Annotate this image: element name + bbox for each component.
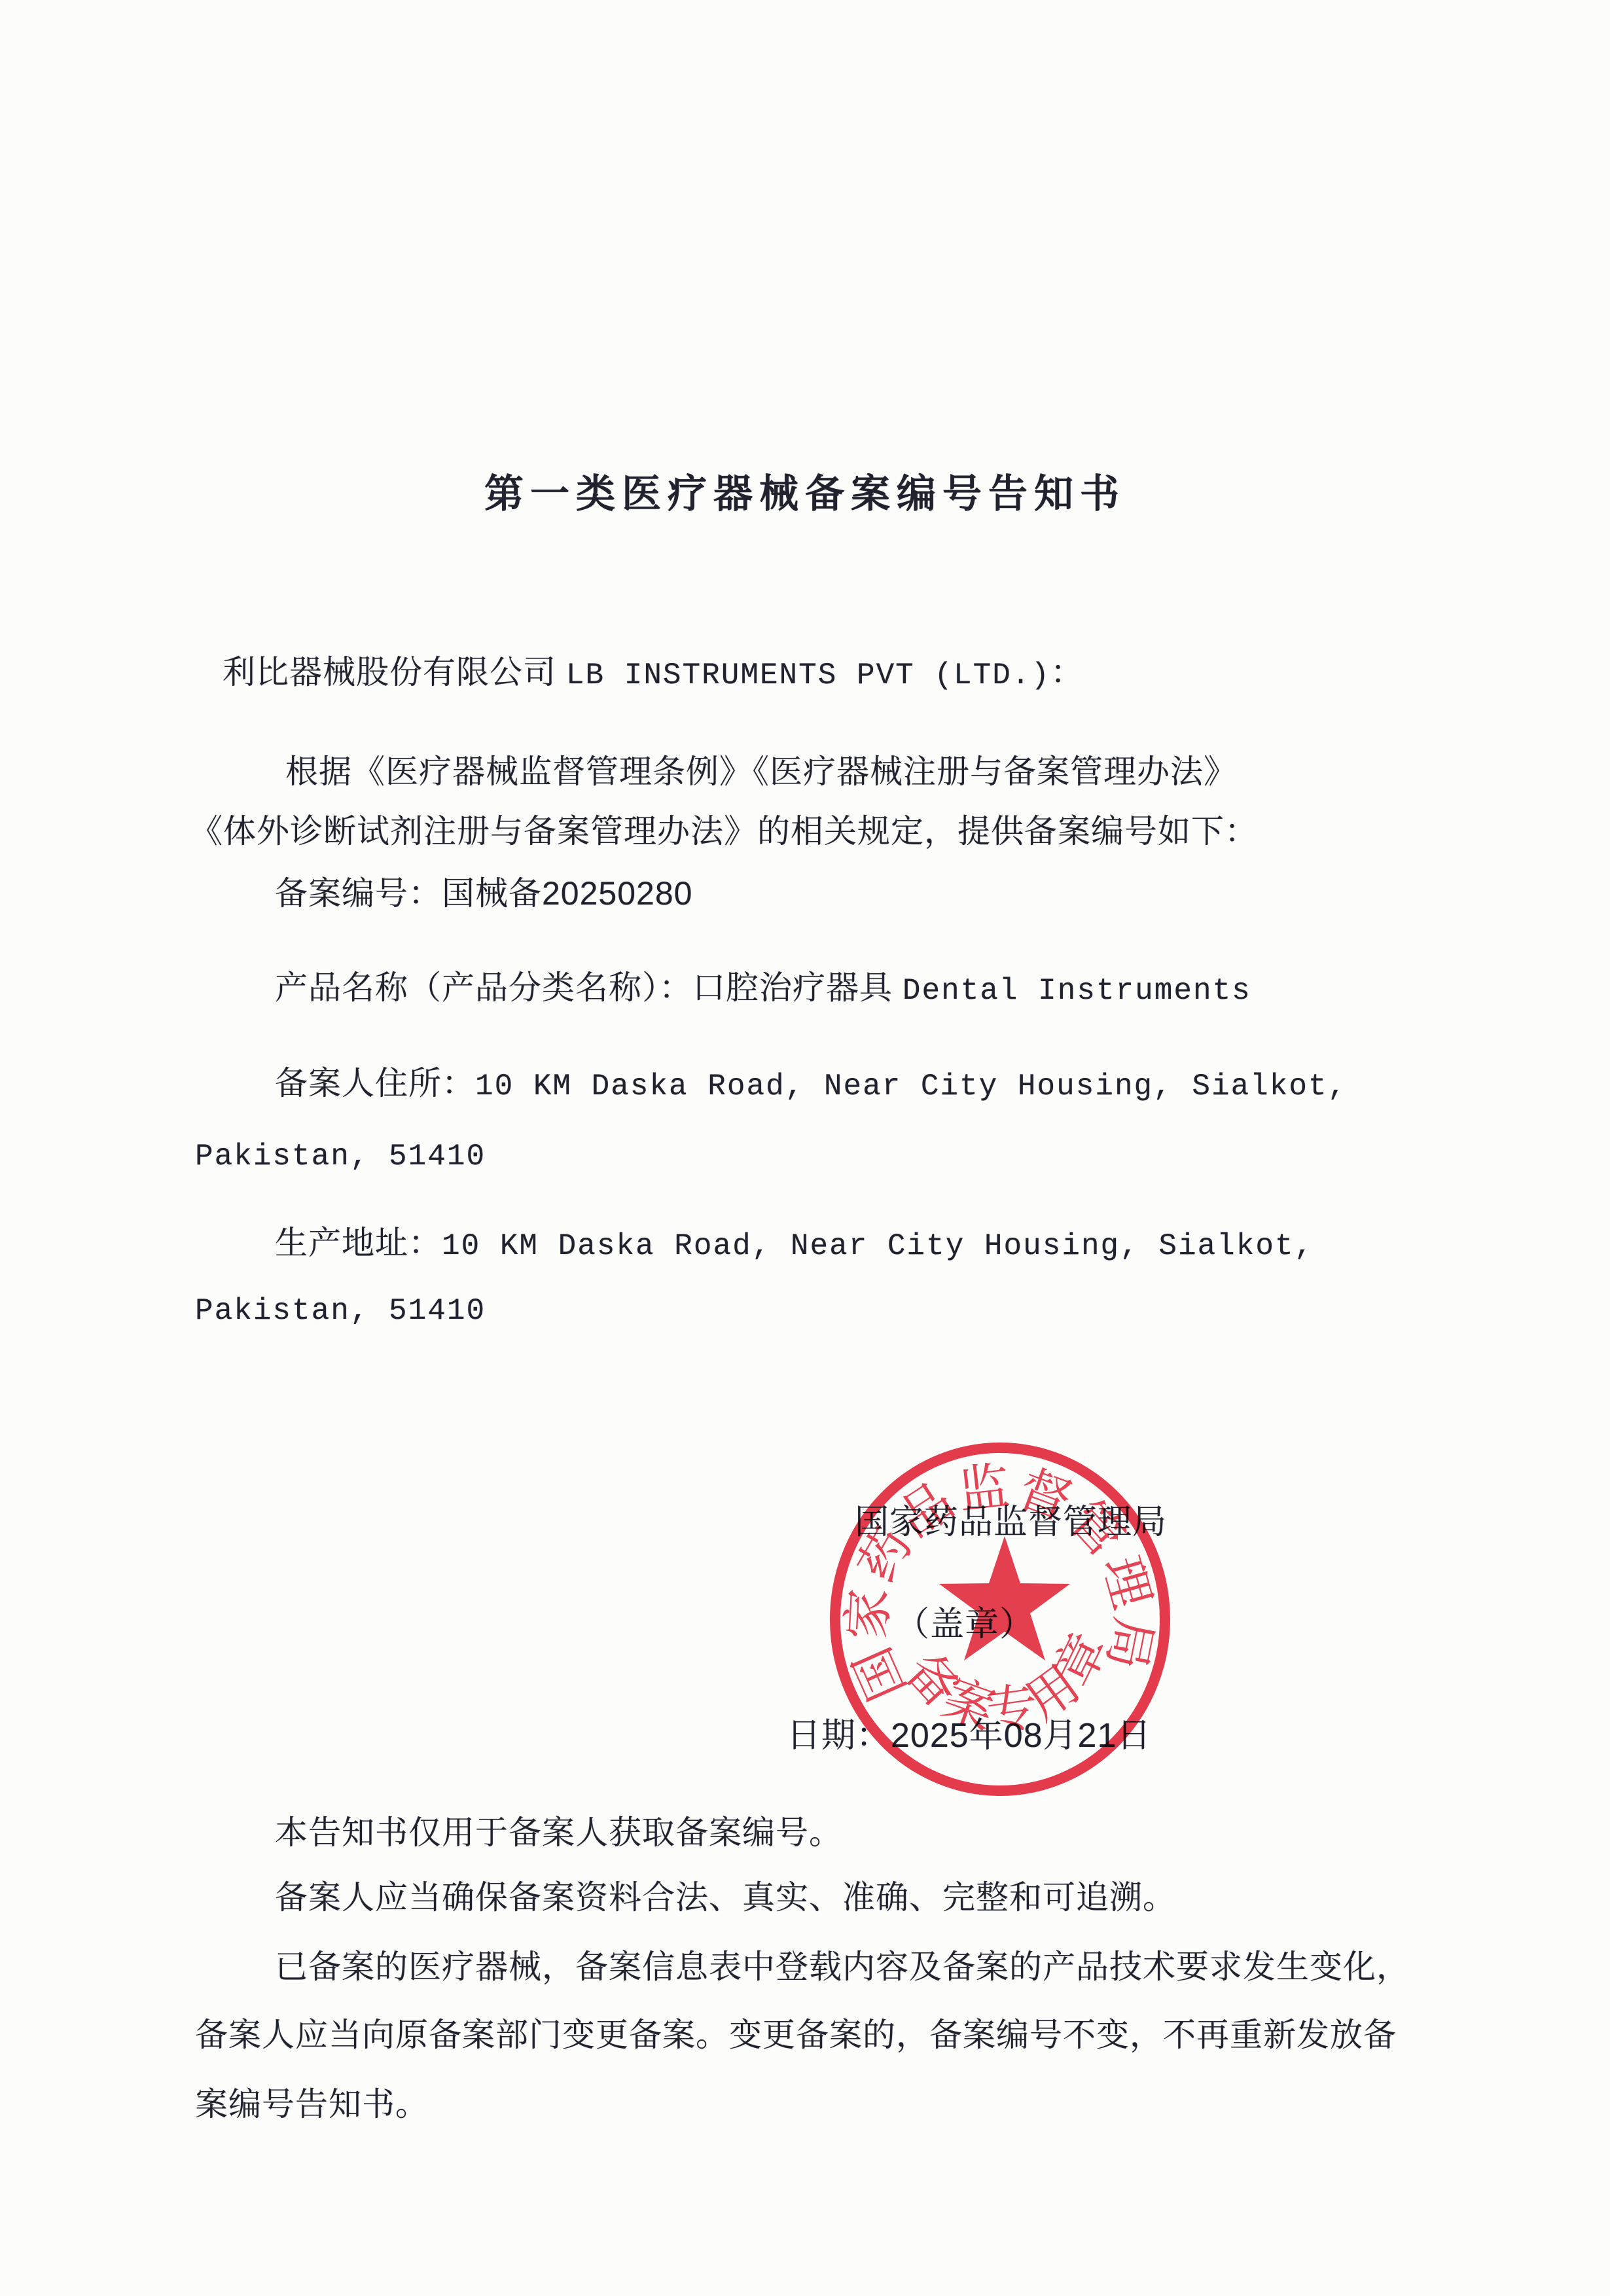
registrant-address-label: 备案人住所： [275,1065,475,1102]
seal-graphics: 国家药品监督管理局 备案专用章 [816,1437,1178,1791]
intro-line-1: 根据《医疗器械监督管理条例》《医疗器械注册与备案管理办法》 [285,754,1237,790]
production-address-label: 生产地址： [275,1225,442,1261]
product-name-line: 产品名称（产品分类名称）：口腔治疗器具 Dental Instruments [275,970,1251,1008]
registrant-address-line-1: 备案人住所：10 KM Daska Road, Near City Housin… [275,1066,1347,1103]
intro-line-2: 《体外诊断试剂注册与备案管理办法》的相关规定，提供备案编号如下： [190,814,1258,850]
note-1: 本告知书仅用于备案人获取备案编号。 [275,1815,842,1851]
seal-star-icon [939,1536,1070,1660]
registrant-address-line-2: Pakistan, 51410 [195,1140,486,1174]
filing-number-line: 备案编号：国械备20250280 [275,876,692,912]
filing-number-label: 备案编号： [275,875,442,912]
addressee-colon: ： [1050,654,1084,691]
filing-number-value: 国械备20250280 [442,875,692,912]
production-address-value-1: 10 KM Daska Road, Near City Housing, Sia… [442,1229,1314,1263]
note-3-line-2: 备案人应当向原备案部门变更备案。变更备案的，备案编号不变，不再重新发放备 [195,2017,1397,2053]
document-title: 第一类医疗器械备案编号告知书 [484,473,1126,516]
note-3-line-1: 已备案的医疗器械，备案信息表中登载内容及备案的产品技术要求发生变化， [275,1949,1410,1985]
product-name-cn: 口腔治疗器具 [692,969,903,1006]
addressee-company-en: LB INSTRUMENTS PVT (LTD.) [566,658,1050,692]
registrant-address-value-1: 10 KM Daska Road, Near City Housing, Sia… [475,1069,1347,1103]
seal-purpose-text: 备案专用章 [890,1617,1129,1753]
scanned-document-page: 第一类医疗器械备案编号告知书 利比器械股份有限公司 LB INSTRUMENTS… [0,0,1610,2296]
product-name-en: Dental Instruments [903,974,1251,1008]
official-seal: 国家药品监督管理局 备案专用章 [812,1420,1191,1839]
addressee-company-cn: 利比器械股份有限公司 [223,654,556,691]
production-address-line-2: Pakistan, 51410 [195,1295,486,1328]
note-3-line-3: 案编号告知书。 [195,2087,429,2123]
production-address-line-1: 生产地址：10 KM Daska Road, Near City Housing… [275,1225,1314,1263]
addressee-line: 利比器械股份有限公司 LB INSTRUMENTS PVT (LTD.)： [223,655,1084,692]
product-name-label: 产品名称（产品分类名称）： [275,969,692,1006]
note-2: 备案人应当确保备案资料合法、真实、准确、完整和可追溯。 [275,1880,1176,1916]
